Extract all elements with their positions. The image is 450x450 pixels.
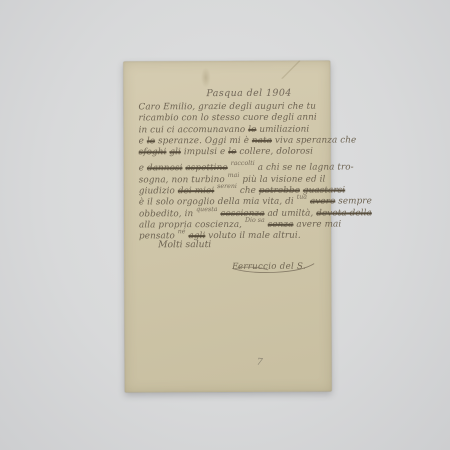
struck-word: gli: [169, 147, 181, 157]
struck-word: le: [248, 124, 256, 134]
letter-line: e dannosi aspettino raccolti a chi se ne…: [139, 158, 327, 170]
letter-line: obbedito, in questa coscienza ad umiltà,…: [139, 203, 327, 215]
letter-text: ricambio con lo stesso cuore degli anni: [139, 113, 317, 124]
signature: Ferruccio del S.: [232, 253, 327, 275]
letter-text: viva speranza che: [272, 135, 356, 145]
letter-text: collere, dolorosi: [236, 147, 313, 157]
paper-crease: [281, 61, 300, 79]
inserted-word: sereni: [217, 183, 237, 190]
letter-text: umiliazioni: [256, 124, 309, 134]
inserted-word: né: [178, 228, 186, 235]
letter-heading: Pasqua del 1904: [206, 88, 326, 103]
letter-line: giudizio dei miei sereni che potrebbe gu…: [139, 181, 327, 193]
letter-line: in cui ci accomunavano le umiliazioni: [139, 124, 327, 136]
inserted-word: raccolti: [231, 160, 255, 167]
struck-word: nata: [252, 136, 272, 146]
letter-text: impulsi e: [181, 147, 228, 157]
letter-text: voluto il male altrui.: [205, 231, 300, 241]
inserted-word: questa: [196, 206, 217, 213]
letter-text: sempre: [335, 197, 372, 207]
letter-text: in cui ci accomunavano: [139, 125, 249, 135]
letter-paper: Pasqua del 1904 Caro Emilio, grazie degl…: [123, 61, 331, 393]
letter-line: e le speranze. Oggi mi è nata viva spera…: [139, 135, 327, 147]
signature-flourish: [228, 260, 320, 274]
struck-word: le: [228, 147, 236, 157]
letter-text: Caro Emilio, grazie degli auguri che tu: [138, 102, 316, 113]
inserted-word: mai: [228, 172, 240, 179]
photo-background: Pasqua del 1904 Caro Emilio, grazie degl…: [0, 0, 450, 450]
letter-line: Caro Emilio, grazie degli auguri che tu: [138, 102, 326, 114]
letter-text: speranze. Oggi mi è: [155, 136, 252, 146]
letter-line: ricambio con lo stesso cuore degli anni: [139, 113, 327, 125]
letter-content: Pasqua del 1904 Caro Emilio, grazie degl…: [138, 88, 327, 276]
letter-line: è il solo orgoglio della mia vita, di tu…: [139, 192, 327, 204]
paper-stain: [199, 64, 212, 91]
inserted-word: Dio sa: [245, 217, 265, 224]
letter-line: sfoghi gli impulsi e le collere, doloros…: [139, 147, 327, 159]
letter-line: pensato né agli voluto il male altrui.: [139, 226, 327, 238]
page-number: 7: [256, 357, 263, 369]
inserted-word: tua: [297, 194, 307, 201]
letter-text: e: [139, 136, 147, 146]
struck-word: sfoghi: [139, 147, 167, 157]
letter-line: alla propria coscienza, Dio sa senza ave…: [139, 215, 327, 227]
letter-line: sogna, non turbino mai più la visione ed…: [139, 169, 327, 181]
letter-body: Caro Emilio, grazie degli auguri che tur…: [138, 102, 327, 238]
